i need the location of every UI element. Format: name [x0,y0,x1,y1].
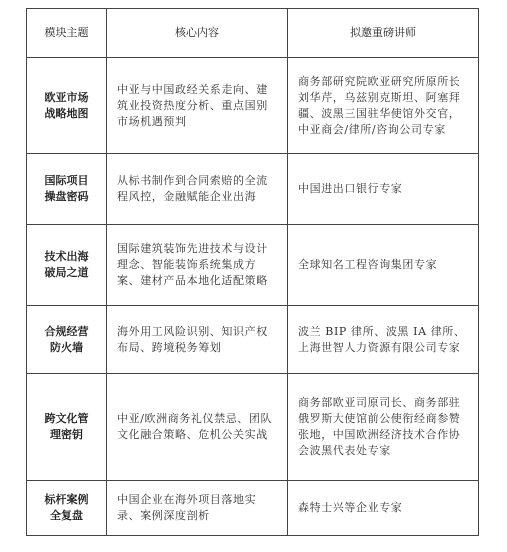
topic-cell: 标杆案例 全复盘 [27,481,107,536]
table-row: 跨文化管 理密钥 中亚/欧洲商务礼仪禁忌、团队文化融合策略、危机公关实战 商务部… [27,374,479,481]
topic-line: 操盘密码 [27,189,106,205]
content-cell: 中国企业在海外项目落地实录、案例深度剖析 [107,481,288,536]
speaker-cell: 波兰 BIP 律所、波黑 IA 律所、上海世智人力资源有限公司专家 [288,306,479,374]
header-content: 核心内容 [107,9,288,58]
content-cell: 中亚/欧洲商务礼仪禁忌、团队文化融合策略、危机公关实战 [107,374,288,481]
content-cell: 国际建筑装饰先进技术与设计理念、智能装饰系统集成方案、建材产品本地化适配策略 [107,225,288,306]
table-row: 技术出海 破局之道 国际建筑装饰先进技术与设计理念、智能装饰系统集成方案、建材产… [27,225,479,306]
table-header-row: 模块主题 核心内容 拟邀重磅讲师 [27,9,479,58]
topic-line: 国际项目 [27,173,106,189]
content-cell: 中亚与中国政经关系走向、建筑业投资热度分析、重点国别市场机遇预判 [107,58,288,154]
topic-cell: 欧亚市场 战略地图 [27,58,107,154]
topic-cell: 合规经营 防火墙 [27,306,107,374]
topic-line: 跨文化管 [27,411,106,427]
topic-line: 标杆案例 [27,492,106,508]
topic-cell: 国际项目 操盘密码 [27,154,107,225]
topic-line: 破局之道 [27,265,106,281]
speaker-cell: 森特士兴等企业专家 [288,481,479,536]
topic-line: 战略地图 [27,106,106,122]
speaker-cell: 商务部欧亚司原司长、商务部驻俄罗斯大使馆前公使衔经商参赞张地，中国欧洲经济技术合… [288,374,479,481]
header-topic: 模块主题 [27,9,107,58]
table-row: 标杆案例 全复盘 中国企业在海外项目落地实录、案例深度剖析 森特士兴等企业专家 [27,481,479,536]
topic-line: 理密钥 [27,427,106,443]
topic-line: 全复盘 [27,508,106,524]
content-cell: 海外用工风险识别、知识产权布局、跨境税务筹划 [107,306,288,374]
topic-cell: 跨文化管 理密钥 [27,374,107,481]
table-row: 国际项目 操盘密码 从标书制作到合同索赔的全流程风控，金融赋能企业出海 中国进出… [27,154,479,225]
speaker-cell: 商务部研究院欧亚研究所原所长刘华芹，乌兹别克斯坦、阿塞拜疆、波黑三国驻华使馆外交… [288,58,479,154]
topic-line: 欧亚市场 [27,90,106,106]
table-row: 合规经营 防火墙 海外用工风险识别、知识产权布局、跨境税务筹划 波兰 BIP 律… [27,306,479,374]
topic-line: 技术出海 [27,249,106,265]
table-row: 欧亚市场 战略地图 中亚与中国政经关系走向、建筑业投资热度分析、重点国别市场机遇… [27,58,479,154]
topic-line: 防火墙 [27,340,106,356]
speaker-cell: 全球知名工程咨询集团专家 [288,225,479,306]
content-cell: 从标书制作到合同索赔的全流程风控，金融赋能企业出海 [107,154,288,225]
topic-line: 合规经营 [27,324,106,340]
agenda-table: 模块主题 核心内容 拟邀重磅讲师 欧亚市场 战略地图 中亚与中国政经关系走向、建… [26,8,479,536]
header-speaker: 拟邀重磅讲师 [288,9,479,58]
speaker-cell: 中国进出口银行专家 [288,154,479,225]
topic-cell: 技术出海 破局之道 [27,225,107,306]
